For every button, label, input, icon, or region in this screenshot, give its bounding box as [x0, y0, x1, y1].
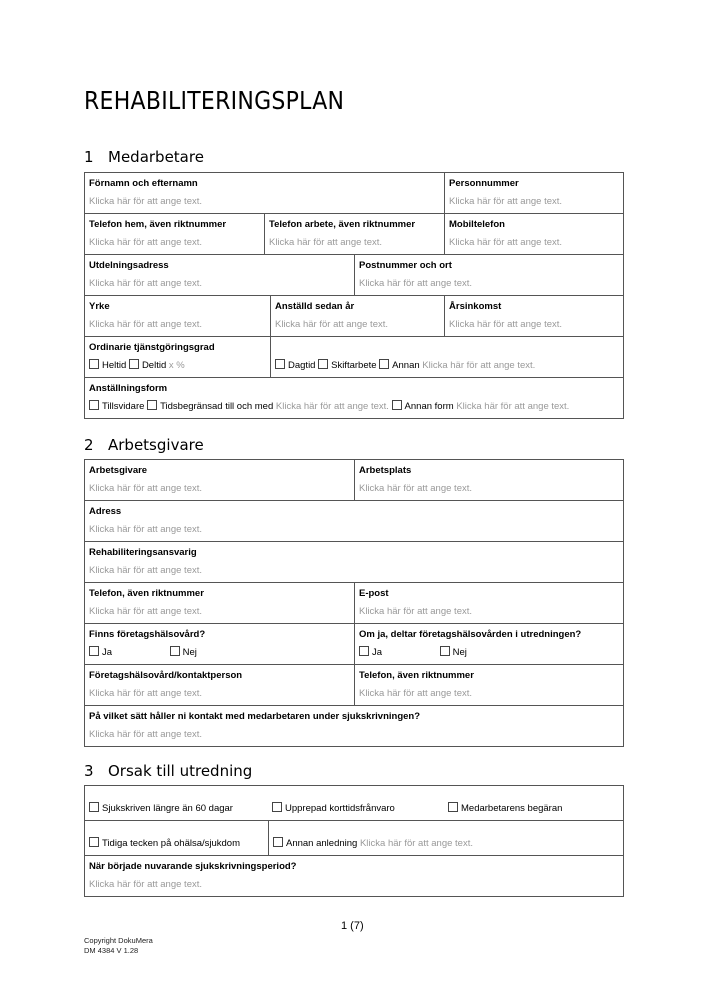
field-label: Adress	[89, 503, 619, 521]
field-arsinkomst[interactable]: Årsinkomst Klicka här för att ange text.	[445, 296, 624, 337]
field-label: När började nuvarande sjukskrivningsperi…	[89, 858, 619, 876]
checkbox-fhv-ja[interactable]: Ja	[89, 644, 167, 662]
field-label: Telefon, även riktnummer	[89, 585, 350, 603]
field-label: Rehabiliteringsansvarig	[89, 544, 619, 562]
field-anstallningsform: Anställningsform Tillsvidare Tidsbegräns…	[85, 378, 624, 419]
section-number: 2	[84, 436, 108, 454]
text-placeholder[interactable]: Klicka här för att ange text.	[449, 193, 619, 211]
text-placeholder[interactable]: Klicka här för att ange text.	[359, 275, 619, 293]
text-placeholder[interactable]: Klicka här för att ange text.	[89, 234, 260, 252]
field-label: Telefon hem, även riktnummer	[89, 216, 260, 234]
field-label: Anställningsform	[89, 380, 619, 398]
field-namn[interactable]: Förnamn och efternamn Klicka här för att…	[85, 173, 445, 214]
field-anstalld-sedan[interactable]: Anställd sedan år Klicka här för att ang…	[271, 296, 445, 337]
orsak-table: Sjukskriven längre än 60 dagarUpprepad k…	[84, 785, 624, 897]
field-tjanstgoringsgrad: Ordinarie tjänstgöringsgrad Heltid Delti…	[85, 337, 271, 378]
field-personnummer[interactable]: Personnummer Klicka här för att ange tex…	[445, 173, 624, 214]
field-label: Telefon, även riktnummer	[359, 667, 619, 685]
section-heading-arbetsgivare: 2Arbetsgivare	[84, 436, 204, 454]
text-placeholder[interactable]: Klicka här för att ange text.	[449, 234, 619, 252]
text-placeholder[interactable]: Klicka här för att ange text.	[276, 401, 389, 412]
field-label: Företagshälsovård/kontaktperson	[89, 667, 350, 685]
checkbox-icon[interactable]	[89, 646, 99, 656]
field-label: Utdelningsadress	[89, 257, 350, 275]
text-placeholder[interactable]: Klicka här för att ange text.	[359, 603, 619, 621]
text-placeholder[interactable]: Klicka här för att ange text.	[89, 193, 440, 211]
text-placeholder[interactable]: Klicka här för att ange text.	[89, 876, 619, 894]
text-placeholder[interactable]: Klicka här för att ange text.	[89, 480, 350, 498]
text-placeholder[interactable]: Klicka här för att ange text.	[359, 685, 619, 703]
text-placeholder[interactable]: Klicka här för att ange text.	[89, 603, 350, 621]
field-fhv-deltar: Om ja, deltar företagshälsovården i utre…	[355, 624, 624, 665]
checkbox-fhv-nej[interactable]: Nej	[170, 644, 197, 662]
checkbox-icon[interactable]	[147, 400, 157, 410]
field-arbetsgivare[interactable]: Arbetsgivare Klicka här för att ange tex…	[85, 460, 355, 501]
field-rehabiliteringsansvarig[interactable]: Rehabiliteringsansvarig Klicka här för a…	[85, 542, 624, 583]
field-label: Mobiltelefon	[449, 216, 619, 234]
text-placeholder[interactable]: Klicka här för att ange text.	[89, 316, 266, 334]
checkbox-icon[interactable]	[170, 646, 180, 656]
checkbox-annan-anledning[interactable]: Annan anledning	[273, 835, 357, 853]
checkbox-deltar-ja[interactable]: Ja	[359, 644, 437, 662]
field-fhv-telefon[interactable]: Telefon, även riktnummer Klicka här för …	[355, 665, 624, 706]
checkbox-tillsvidare[interactable]: Tillsvidare	[89, 398, 144, 416]
checkbox-icon[interactable]	[440, 646, 450, 656]
field-finns-fhv: Finns företagshälsovård? Ja Nej	[85, 624, 355, 665]
orsak-row-1: Sjukskriven längre än 60 dagarUpprepad k…	[85, 786, 624, 821]
checkbox-skiftarbete[interactable]: Skiftarbete	[318, 357, 376, 375]
field-arbetstid: Dagtid Skiftarbete Annan Klicka här för …	[271, 337, 624, 378]
orsak-annan-anledning: Annan anledning Klicka här för att ange …	[269, 821, 624, 856]
footer-copyright: Copyright DokuMera DM 4384 V 1.28	[84, 936, 153, 956]
field-tel-hem[interactable]: Telefon hem, även riktnummer Klicka här …	[85, 214, 265, 255]
field-label: Finns företagshälsovård?	[89, 626, 350, 644]
field-label: Personnummer	[449, 175, 619, 193]
page-number: 1 (7)	[341, 920, 364, 932]
checkbox-icon[interactable]	[89, 359, 99, 369]
field-adress[interactable]: Adress Klicka här för att ange text.	[85, 501, 624, 542]
field-label: Yrke	[89, 298, 266, 316]
section-heading-orsak: 3Orsak till utredning	[84, 762, 252, 780]
checkbox-icon[interactable]	[89, 400, 99, 410]
checkbox-icon[interactable]	[379, 359, 389, 369]
text-placeholder[interactable]: Klicka här för att ange text.	[275, 316, 440, 334]
field-label: Anställd sedan år	[275, 298, 440, 316]
field-tel-arbete[interactable]: Telefon arbete, även riktnummer Klicka h…	[265, 214, 445, 255]
section-number: 1	[84, 148, 108, 166]
medarbetare-table: Förnamn och efternamn Klicka här för att…	[84, 172, 624, 419]
section-title: Arbetsgivare	[108, 436, 204, 454]
field-label: Telefon arbete, även riktnummer	[269, 216, 440, 234]
checkbox-icon[interactable]	[129, 359, 139, 369]
field-arbetsplats[interactable]: Arbetsplats Klicka här för att ange text…	[355, 460, 624, 501]
orsak-tidiga-tecken: Tidiga tecken på ohälsa/sjukdom	[85, 821, 269, 856]
checkbox-heltid[interactable]: Heltid	[89, 357, 126, 375]
field-kontakt-sjukskrivning[interactable]: På vilket sätt håller ni kontakt med med…	[85, 706, 624, 747]
field-label: Postnummer och ort	[359, 257, 619, 275]
copyright-text: Copyright DokuMera	[84, 936, 153, 946]
text-placeholder[interactable]: Klicka här för att ange text.	[456, 401, 569, 412]
field-mobil[interactable]: Mobiltelefon Klicka här för att ange tex…	[445, 214, 624, 255]
field-label: Arbetsplats	[359, 462, 619, 480]
checkbox-icon[interactable]	[273, 837, 283, 847]
section-number: 3	[84, 762, 108, 780]
text-placeholder[interactable]: Klicka här för att ange text.	[422, 360, 535, 371]
text-placeholder[interactable]: Klicka här för att ange text.	[89, 726, 619, 744]
checkbox-annan[interactable]: Annan	[379, 357, 419, 375]
text-placeholder[interactable]: Klicka här för att ange text.	[89, 521, 619, 539]
field-yrke[interactable]: Yrke Klicka här för att ange text.	[85, 296, 271, 337]
field-label: Förnamn och efternamn	[89, 175, 440, 193]
checkbox-icon[interactable]	[272, 802, 282, 812]
field-label: E-post	[359, 585, 619, 603]
checkbox-icon[interactable]	[392, 400, 402, 410]
checkbox-tidsbegransad[interactable]: Tidsbegränsad till och med	[147, 398, 273, 416]
deltid-percent[interactable]: x %	[169, 360, 185, 371]
checkbox-icon[interactable]	[275, 359, 285, 369]
checkbox-begaran[interactable]: Medarbetarens begäran	[448, 800, 562, 818]
document-title: REHABILITERINGSPLAN	[84, 86, 344, 115]
field-telefon[interactable]: Telefon, även riktnummer Klicka här för …	[85, 583, 355, 624]
text-placeholder[interactable]: Klicka här för att ange text.	[359, 480, 619, 498]
checkbox-upprepad[interactable]: Upprepad korttidsfrånvaro	[272, 800, 448, 818]
checkbox-deltar-nej[interactable]: Nej	[440, 644, 467, 662]
checkbox-sjukskriven-60[interactable]: Sjukskriven längre än 60 dagar	[89, 800, 272, 818]
checkbox-icon[interactable]	[448, 802, 458, 812]
field-label: Ordinarie tjänstgöringsgrad	[89, 339, 266, 357]
checkbox-icon[interactable]	[89, 802, 99, 812]
text-placeholder[interactable]: Klicka här för att ange text.	[89, 562, 619, 580]
field-utdelningsadress[interactable]: Utdelningsadress Klicka här för att ange…	[85, 255, 355, 296]
field-postnummer[interactable]: Postnummer och ort Klicka här för att an…	[355, 255, 624, 296]
section-heading-medarbetare: 1Medarbetare	[84, 148, 204, 166]
checkbox-icon[interactable]	[359, 646, 369, 656]
field-epost[interactable]: E-post Klicka här för att ange text.	[355, 583, 624, 624]
checkbox-dagtid[interactable]: Dagtid	[275, 357, 315, 375]
text-placeholder[interactable]: Klicka här för att ange text.	[269, 234, 440, 252]
text-placeholder[interactable]: Klicka här för att ange text.	[449, 316, 619, 334]
checkbox-deltid[interactable]: Deltid	[129, 357, 166, 375]
checkbox-tidiga-tecken[interactable]: Tidiga tecken på ohälsa/sjukdom	[89, 835, 240, 853]
section-title: Medarbetare	[108, 148, 204, 166]
field-sjukskrivningsperiod[interactable]: När började nuvarande sjukskrivningsperi…	[85, 856, 624, 897]
field-label: Årsinkomst	[449, 298, 619, 316]
field-label: På vilket sätt håller ni kontakt med med…	[89, 708, 619, 726]
checkbox-icon[interactable]	[318, 359, 328, 369]
document-id: DM 4384 V 1.28	[84, 946, 153, 956]
field-label: Om ja, deltar företagshälsovården i utre…	[359, 626, 619, 644]
field-fhv-kontaktperson[interactable]: Företagshälsovård/kontaktperson Klicka h…	[85, 665, 355, 706]
checkbox-icon[interactable]	[89, 837, 99, 847]
field-label: Arbetsgivare	[89, 462, 350, 480]
text-placeholder[interactable]: Klicka här för att ange text.	[360, 838, 473, 849]
text-placeholder[interactable]: Klicka här för att ange text.	[89, 275, 350, 293]
section-title: Orsak till utredning	[108, 762, 252, 780]
text-placeholder[interactable]: Klicka här för att ange text.	[89, 685, 350, 703]
arbetsgivare-table: Arbetsgivare Klicka här för att ange tex…	[84, 459, 624, 747]
checkbox-annan-form[interactable]: Annan form	[392, 398, 454, 416]
